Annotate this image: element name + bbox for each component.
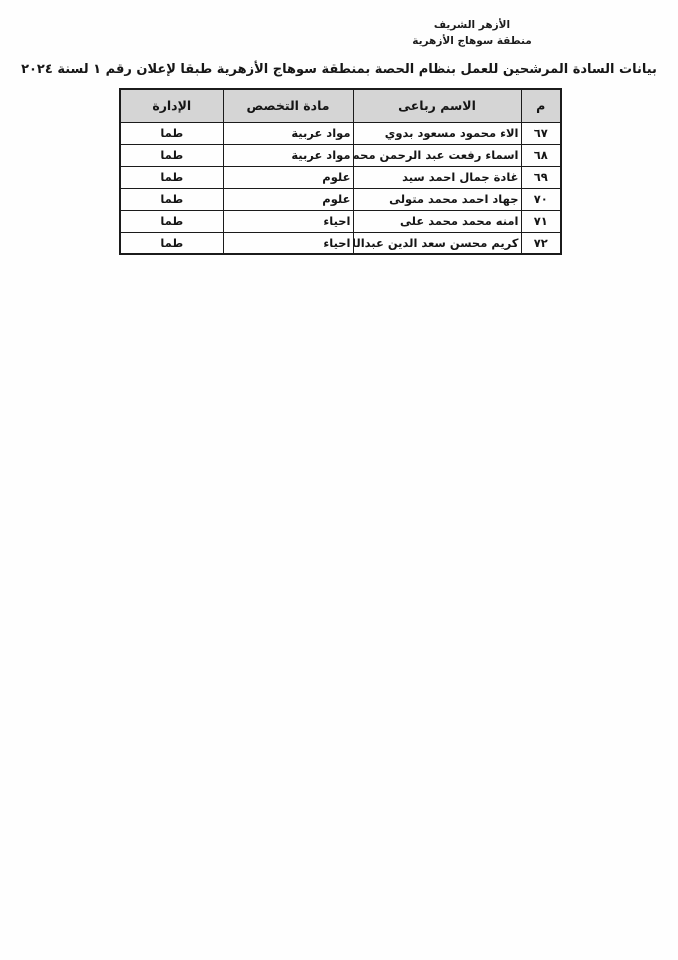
- cell-administration: طما: [120, 144, 223, 166]
- cell-number: ٦٩: [521, 166, 561, 188]
- document-title: بيانات السادة المرشحين للعمل بنظام الحصة…: [0, 62, 678, 77]
- org-name-line2: منطقة سوهاج الأزهرية: [398, 33, 546, 49]
- table-row: ٧٠ جهاد احمد محمد متولى علوم طما: [120, 188, 561, 210]
- organization-header: الأزهر الشريف منطقة سوهاج الأزهرية: [398, 17, 546, 50]
- table-row: ٦٧ الاء محمود مسعود بدوي مواد عربية طما: [120, 122, 561, 144]
- cell-administration: طما: [120, 166, 223, 188]
- cell-name: كريم محسن سعد الدين عبداللطيف: [353, 232, 521, 254]
- cell-name: غادة جمال احمد سيد: [353, 166, 521, 188]
- table-header-row: م الاسم رباعى مادة التخصص الإدارة: [120, 89, 561, 122]
- header-administration: الإدارة: [120, 89, 223, 122]
- cell-subject: احياء: [223, 232, 353, 254]
- table-row: ٦٨ اسماء رفعت عبد الرحمن محمود مواد عربي…: [120, 144, 561, 166]
- cell-name: امنه محمد محمد على: [353, 210, 521, 232]
- cell-administration: طما: [120, 210, 223, 232]
- cell-subject: مواد عربية: [223, 144, 353, 166]
- cell-administration: طما: [120, 122, 223, 144]
- cell-name: الاء محمود مسعود بدوي: [353, 122, 521, 144]
- cell-number: ٧٠: [521, 188, 561, 210]
- cell-administration: طما: [120, 188, 223, 210]
- table-row: ٦٩ غادة جمال احمد سيد علوم طما: [120, 166, 561, 188]
- cell-subject: علوم: [223, 188, 353, 210]
- cell-number: ٧١: [521, 210, 561, 232]
- table-row: ٧٢ كريم محسن سعد الدين عبداللطيف احياء ط…: [120, 232, 561, 254]
- cell-administration: طما: [120, 232, 223, 254]
- cell-number: ٦٨: [521, 144, 561, 166]
- cell-number: ٦٧: [521, 122, 561, 144]
- org-name-line1: الأزهر الشريف: [398, 17, 546, 33]
- header-subject: مادة التخصص: [223, 89, 353, 122]
- header-number: م: [521, 89, 561, 122]
- candidates-table: م الاسم رباعى مادة التخصص الإدارة ٦٧ الا…: [119, 88, 562, 255]
- table-row: ٧١ امنه محمد محمد على احياء طما: [120, 210, 561, 232]
- cell-subject: علوم: [223, 166, 353, 188]
- cell-name: اسماء رفعت عبد الرحمن محمود: [353, 144, 521, 166]
- scanned-document-page: الأزهر الشريف منطقة سوهاج الأزهرية بيانا…: [0, 0, 678, 960]
- header-name: الاسم رباعى: [353, 89, 521, 122]
- cell-subject: احياء: [223, 210, 353, 232]
- cell-subject: مواد عربية: [223, 122, 353, 144]
- cell-number: ٧٢: [521, 232, 561, 254]
- cell-name: جهاد احمد محمد متولى: [353, 188, 521, 210]
